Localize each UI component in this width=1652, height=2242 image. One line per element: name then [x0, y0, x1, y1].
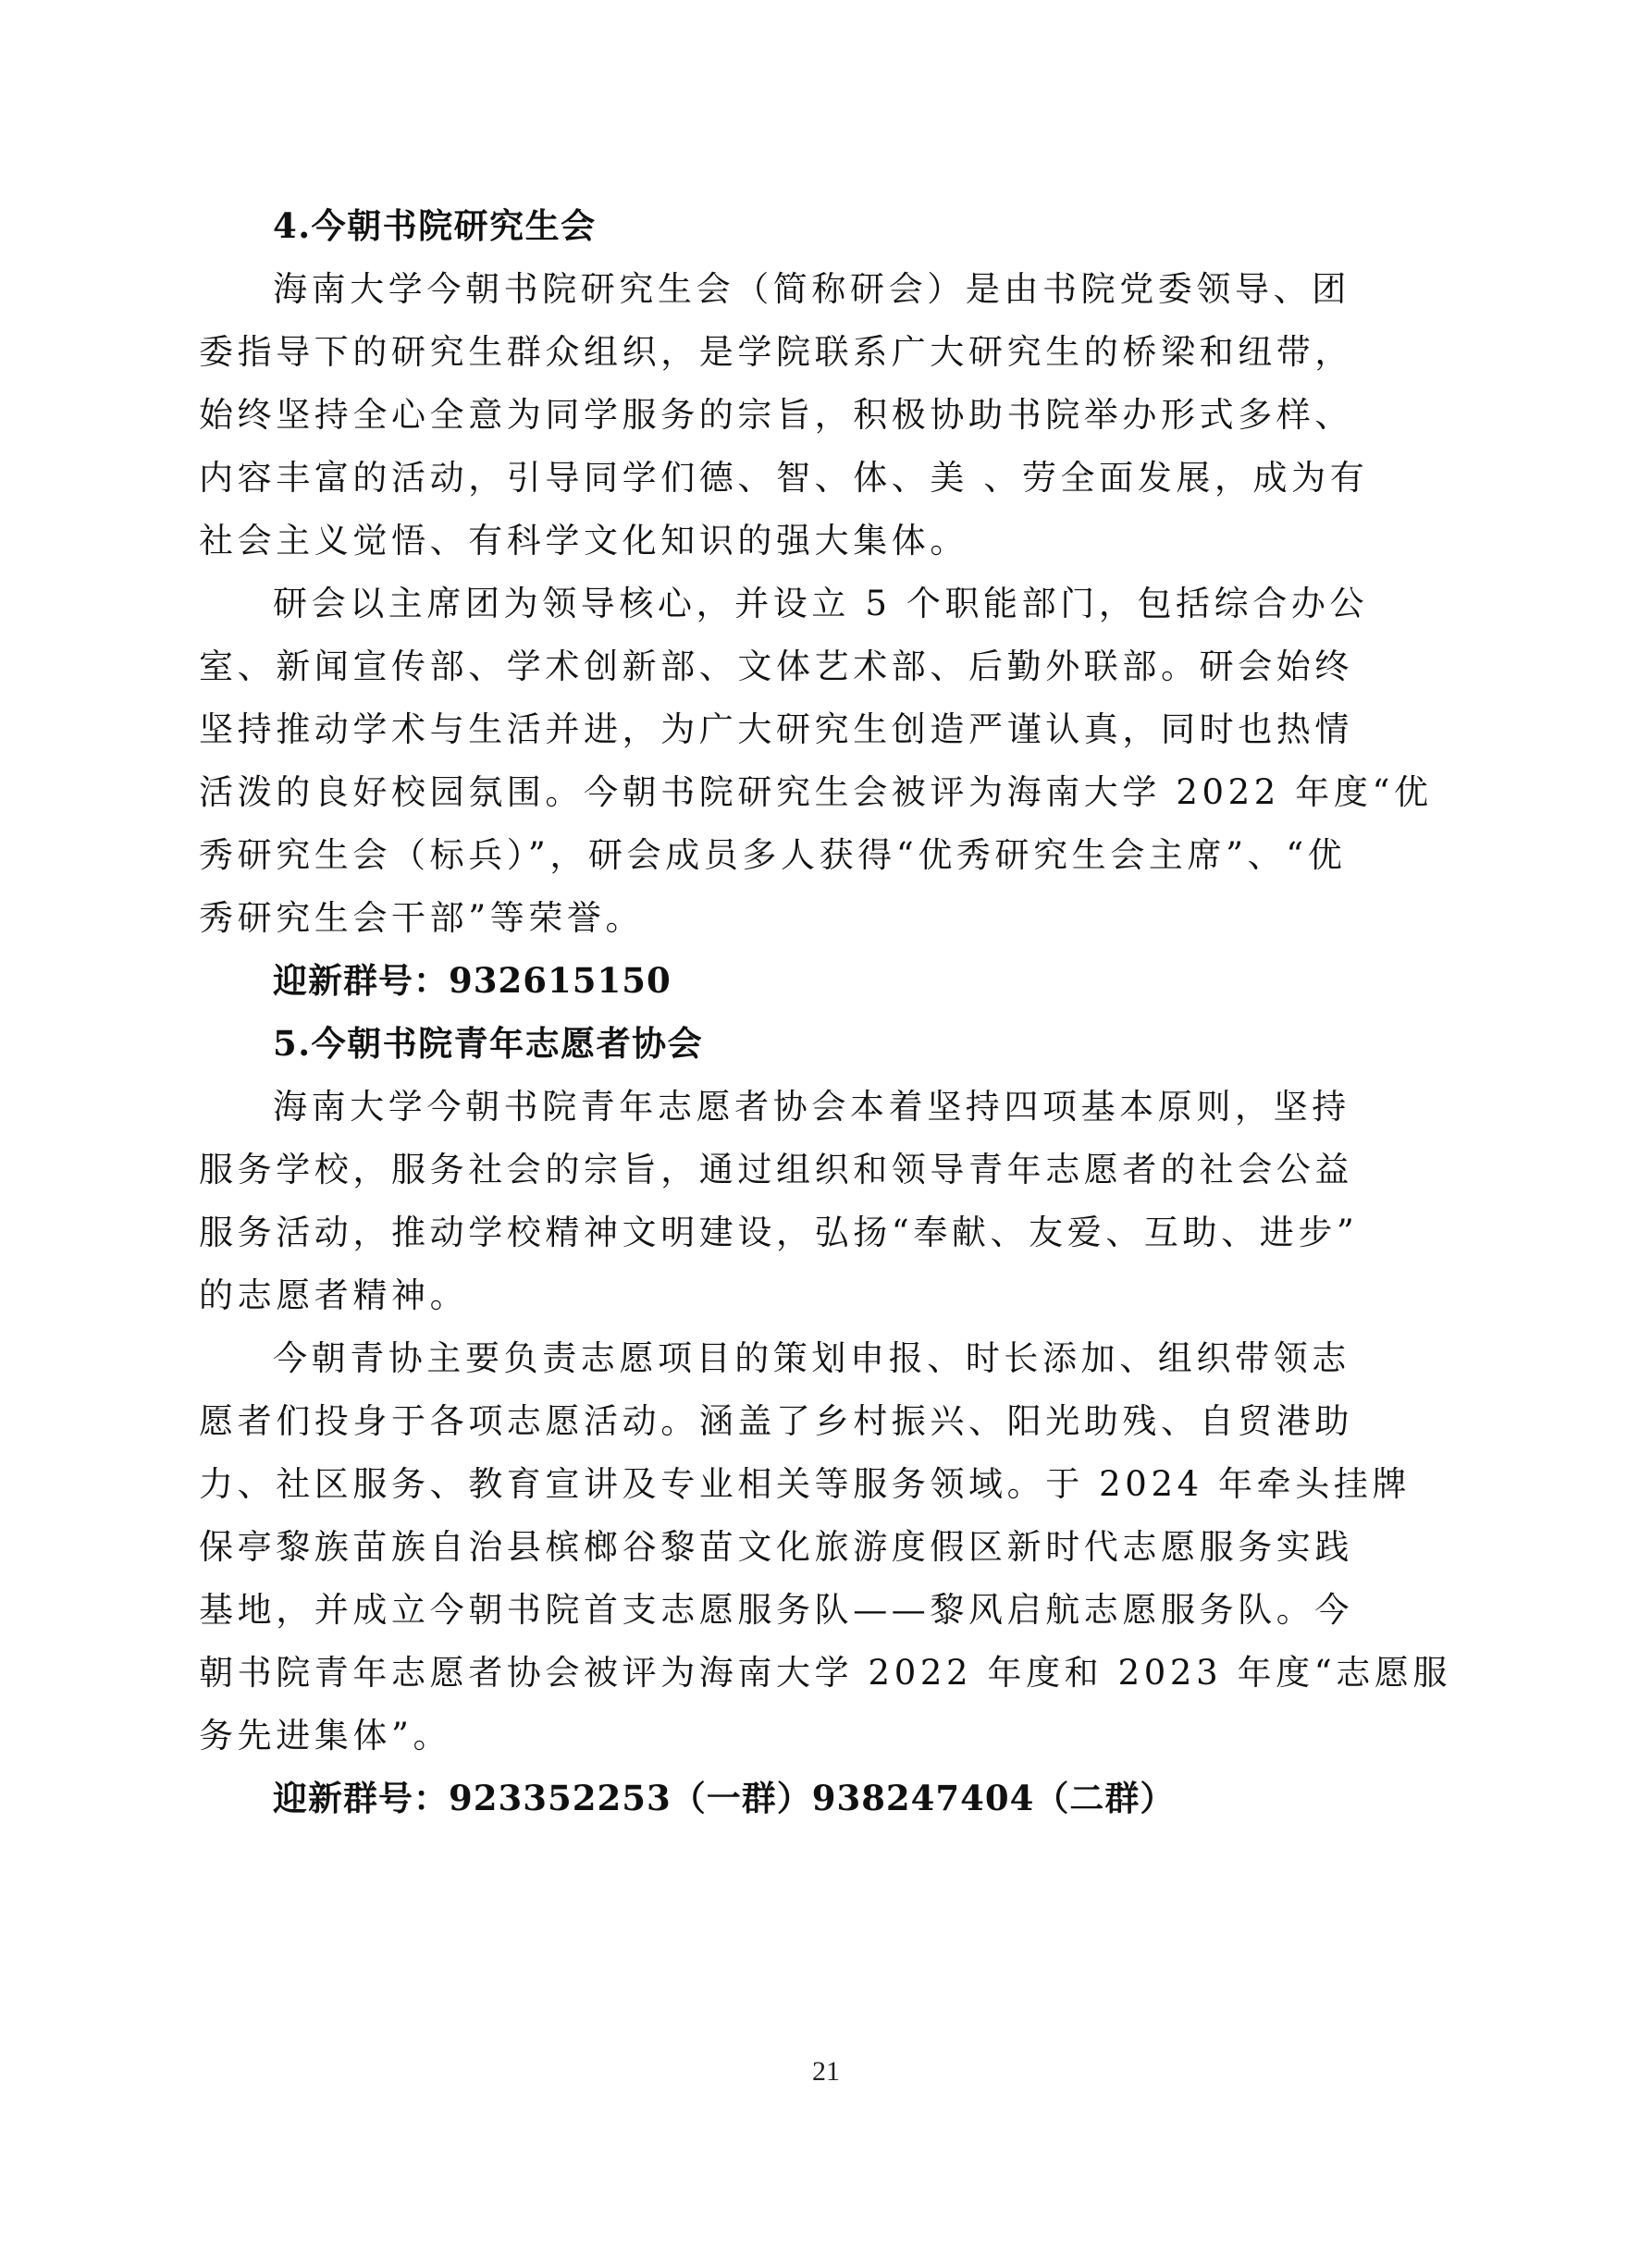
document-page: 4.今朝书院研究生会 海南大学今朝书院研究生会（简称研会）是由书院党委领导、团 … [199, 202, 1452, 1823]
group-number: 迎新群号：932615150 [199, 956, 1452, 1005]
text-line: 今朝青协主要负责志愿项目的策划申报、时长添加、组织带领志 [199, 1334, 1452, 1383]
text-line: 始终坚持全心全意为同学服务的宗旨，积极协助书院举办形式多样、 [199, 390, 1452, 439]
text-line: 研会以主席团为领导核心，并设立 5 个职能部门，包括综合办公 [199, 579, 1452, 628]
text-line: 服务活动，推动学校精神文明建设，弘扬“奉献、友爱、互助、进步” [199, 1208, 1452, 1257]
text-line: 室、新闻宣传部、学术创新部、文体艺术部、后勤外联部。研会始终 [199, 642, 1452, 691]
text-line: 务先进集体”。 [199, 1711, 1452, 1760]
text-line: 保亭黎族苗族自治县槟榔谷黎苗文化旅游度假区新时代志愿服务实践 [199, 1522, 1452, 1571]
paragraph: 研会以主席团为领导核心，并设立 5 个职能部门，包括综合办公 室、新闻宣传部、学… [199, 579, 1452, 942]
paragraph: 今朝青协主要负责志愿项目的策划申报、时长添加、组织带领志 愿者们投身于各项志愿活… [199, 1334, 1452, 1760]
text-line: 秀研究生会干部”等荣誉。 [199, 893, 1452, 942]
text-line: 内容丰富的活动，引导同学们德、智、体、美 、劳全面发展，成为有 [199, 453, 1452, 502]
text-line: 海南大学今朝书院研究生会（简称研会）是由书院党委领导、团 [199, 265, 1452, 314]
page-number: 21 [0, 2056, 1652, 2088]
text-line: 坚持推动学术与生活并进，为广大研究生创造严谨认真，同时也热情 [199, 705, 1452, 754]
text-line: 委指导下的研究生群众组织，是学院联系广大研究生的桥梁和纽带， [199, 327, 1452, 376]
section-graduate-student-union: 4.今朝书院研究生会 海南大学今朝书院研究生会（简称研会）是由书院党委领导、团 … [199, 202, 1452, 1005]
text-line: 愿者们投身于各项志愿活动。涵盖了乡村振兴、阳光助残、自贸港助 [199, 1397, 1452, 1446]
text-line: 基地，并成立今朝书院首支志愿服务队——黎风启航志愿服务队。今 [199, 1585, 1452, 1634]
text-line: 活泼的良好校园氛围。今朝书院研究生会被评为海南大学 2022 年度“优 [199, 768, 1452, 817]
text-line: 的志愿者精神。 [199, 1271, 1452, 1320]
paragraph: 海南大学今朝书院青年志愿者协会本着坚持四项基本原则，坚持 服务学校，服务社会的宗… [199, 1082, 1452, 1320]
section-heading: 4.今朝书院研究生会 [199, 202, 1452, 251]
text-line: 服务学校，服务社会的宗旨，通过组织和领导青年志愿者的社会公益 [199, 1145, 1452, 1194]
text-line: 力、社区服务、教育宣讲及专业相关等服务领域。于 2024 年牵头挂牌 [199, 1460, 1452, 1509]
paragraph: 海南大学今朝书院研究生会（简称研会）是由书院党委领导、团 委指导下的研究生群众组… [199, 265, 1452, 565]
group-number: 迎新群号：923352253（一群）938247404（二群） [199, 1774, 1452, 1823]
text-line: 秀研究生会（标兵）”，研会成员多人获得“优秀研究生会主席”、“优 [199, 831, 1452, 880]
text-line: 社会主义觉悟、有科学文化知识的强大集体。 [199, 516, 1452, 565]
text-line: 海南大学今朝书院青年志愿者协会本着坚持四项基本原则，坚持 [199, 1082, 1452, 1131]
section-heading: 5.今朝书院青年志愿者协会 [199, 1019, 1452, 1068]
section-youth-volunteer-association: 5.今朝书院青年志愿者协会 海南大学今朝书院青年志愿者协会本着坚持四项基本原则，… [199, 1019, 1452, 1823]
text-line: 朝书院青年志愿者协会被评为海南大学 2022 年度和 2023 年度“志愿服 [199, 1648, 1452, 1697]
